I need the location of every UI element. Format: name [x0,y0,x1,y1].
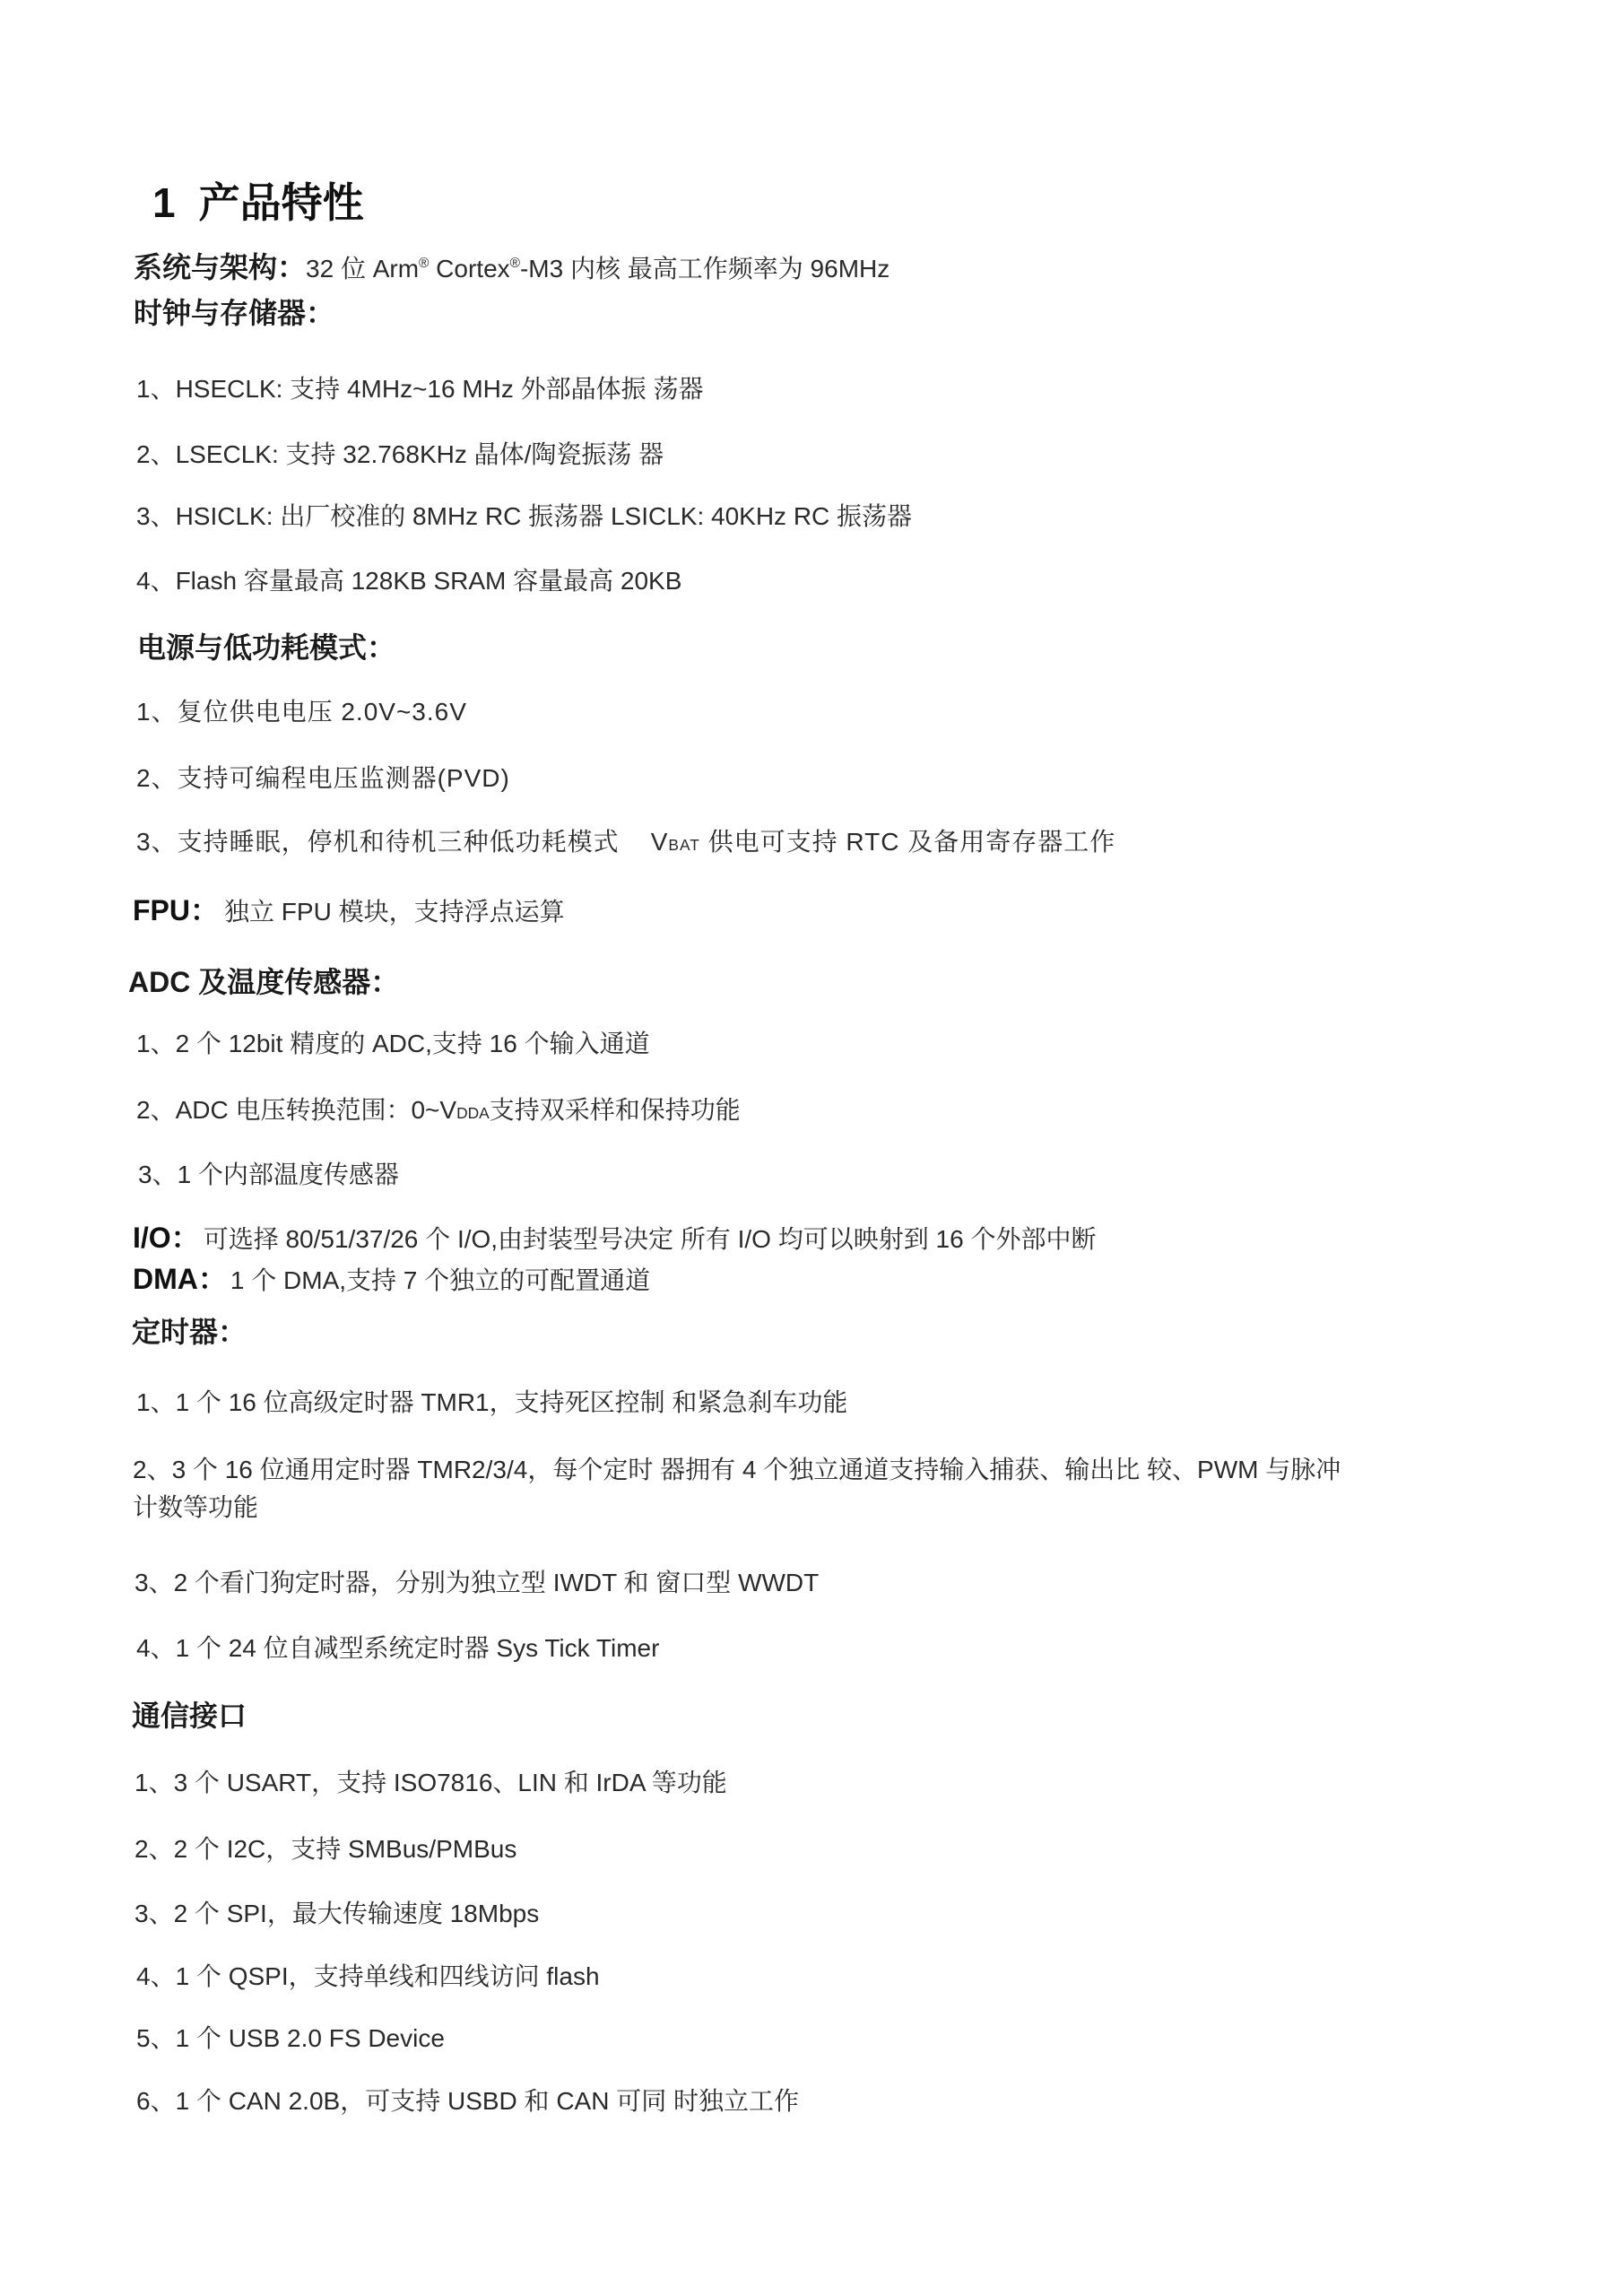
comm-heading: 通信接口 [132,1699,247,1733]
section-title: 1产品特性 [152,178,364,228]
clock-item-2: 2、LSECLK: 支持 32.768KHz 晶体/陶瓷振荡 器 [136,439,664,470]
clock-item-3: 3、HSICLK: 出厂校准的 8MHz RC 振荡器 LSICLK: 40KH… [136,501,912,532]
system-architecture-row: 系统与架构：32 位 Arm® Cortex®-M3 内核 最高工作频率为 96… [134,250,890,284]
comm-item-4: 4、1 个 QSPI，支持单线和四线访问 flash [136,1961,600,1992]
clock-item-4: 4、Flash 容量最高 128KB SRAM 容量最高 20KB [136,566,681,596]
dma-text: 1 个 DMA,支持 7 个独立的可配置通道 [230,1266,650,1294]
timer-item-4: 4、1 个 24 位自减型系统定时器 Sys Tick Timer [136,1633,659,1664]
adc-item-2: 2、ADC 电压转换范围：0~VDDA支持双采样和保持功能 [136,1095,741,1126]
registered-mark: ® [510,256,520,271]
section-title-text: 产品特性 [199,179,364,226]
dma-row: DMA：1 个 DMA,支持 7 个独立的可配置通道 [133,1262,650,1296]
io-row: I/O：可选择 80/51/37/26 个 I/O,由封装型号决定 所有 I/O… [133,1221,1096,1255]
power-heading: 电源与低功耗模式： [137,631,395,665]
system-text-b: Cortex [429,255,509,283]
timer-item-2: 2、3 个 16 位通用定时器 TMR2/3/4，每个定时 器拥有 4 个独立通… [133,1455,1341,1485]
clock-memory-heading: 时钟与存储器： [134,296,334,330]
clock-item-1: 1、HSECLK: 支持 4MHz~16 MHz 外部晶体振 荡器 [136,374,703,404]
power-item-3-text-a: 3、支持睡眠，停机和待机三种低功耗模式 V [136,828,668,856]
timer-item-2-cont: 计数等功能 [133,1492,258,1523]
timer-item-3: 3、2 个看门狗定时器，分别为独立型 IWDT 和 窗口型 WWDT [135,1568,819,1598]
power-item-1: 1、复位供电电压 2.0V~3.6V [136,697,467,727]
io-label: I/O： [133,1222,200,1254]
comm-item-1: 1、3 个 USART，支持 ISO7816、LIN 和 IrDA 等功能 [135,1768,727,1798]
adc-heading: ADC 及温度传感器： [128,965,399,999]
power-item-2: 2、支持可编程电压监测器(PVD) [136,763,510,794]
power-item-3-text-b: 供电可支持 RTC 及备用寄存器工作 [700,828,1115,856]
dma-label: DMA： [133,1263,227,1295]
fpu-row: FPU：独立 FPU 模块，支持浮点运算 [133,893,565,927]
fpu-label: FPU： [133,894,219,926]
adc-item-1: 1、2 个 12bit 精度的 ADC,支持 16 个输入通道 [136,1029,650,1059]
io-text: 可选择 80/51/37/26 个 I/O,由封装型号决定 所有 I/O 均可以… [204,1225,1097,1253]
adc-item-2-text-b: 支持双采样和保持功能 [490,1096,741,1124]
registered-mark: ® [419,256,429,271]
vdda-subscript: DDA [456,1104,490,1122]
system-text-a: 32 位 Arm [306,255,419,283]
system-text-c: -M3 内核 最高工作频率为 96MHz [520,255,890,283]
power-item-3: 3、支持睡眠，停机和待机三种低功耗模式 VBAT 供电可支持 RTC 及备用寄存… [136,827,1115,857]
fpu-text: 独立 FPU 模块，支持浮点运算 [224,898,565,926]
vbat-subscript: BAT [668,836,699,854]
system-architecture-label: 系统与架构： [134,251,306,283]
adc-item-3: 3、1 个内部温度传感器 [138,1160,399,1190]
timer-item-1: 1、1 个 16 位高级定时器 TMR1，支持死区控制 和紧急刹车功能 [136,1387,847,1418]
system-architecture-text: 32 位 Arm® Cortex®-M3 内核 最高工作频率为 96MHz [306,255,890,283]
comm-item-5: 5、1 个 USB 2.0 FS Device [136,2023,445,2054]
section-number: 1 [152,179,176,226]
comm-item-3: 3、2 个 SPI，最大传输速度 18Mbps [135,1899,539,1929]
timers-heading: 定时器： [132,1315,247,1349]
adc-item-2-text-a: 2、ADC 电压转换范围：0~V [136,1096,456,1124]
comm-item-2: 2、2 个 I2C，支持 SMBus/PMBus [135,1834,516,1865]
comm-item-6: 6、1 个 CAN 2.0B，可支持 USBD 和 CAN 可同 时独立工作 [136,2086,799,2117]
